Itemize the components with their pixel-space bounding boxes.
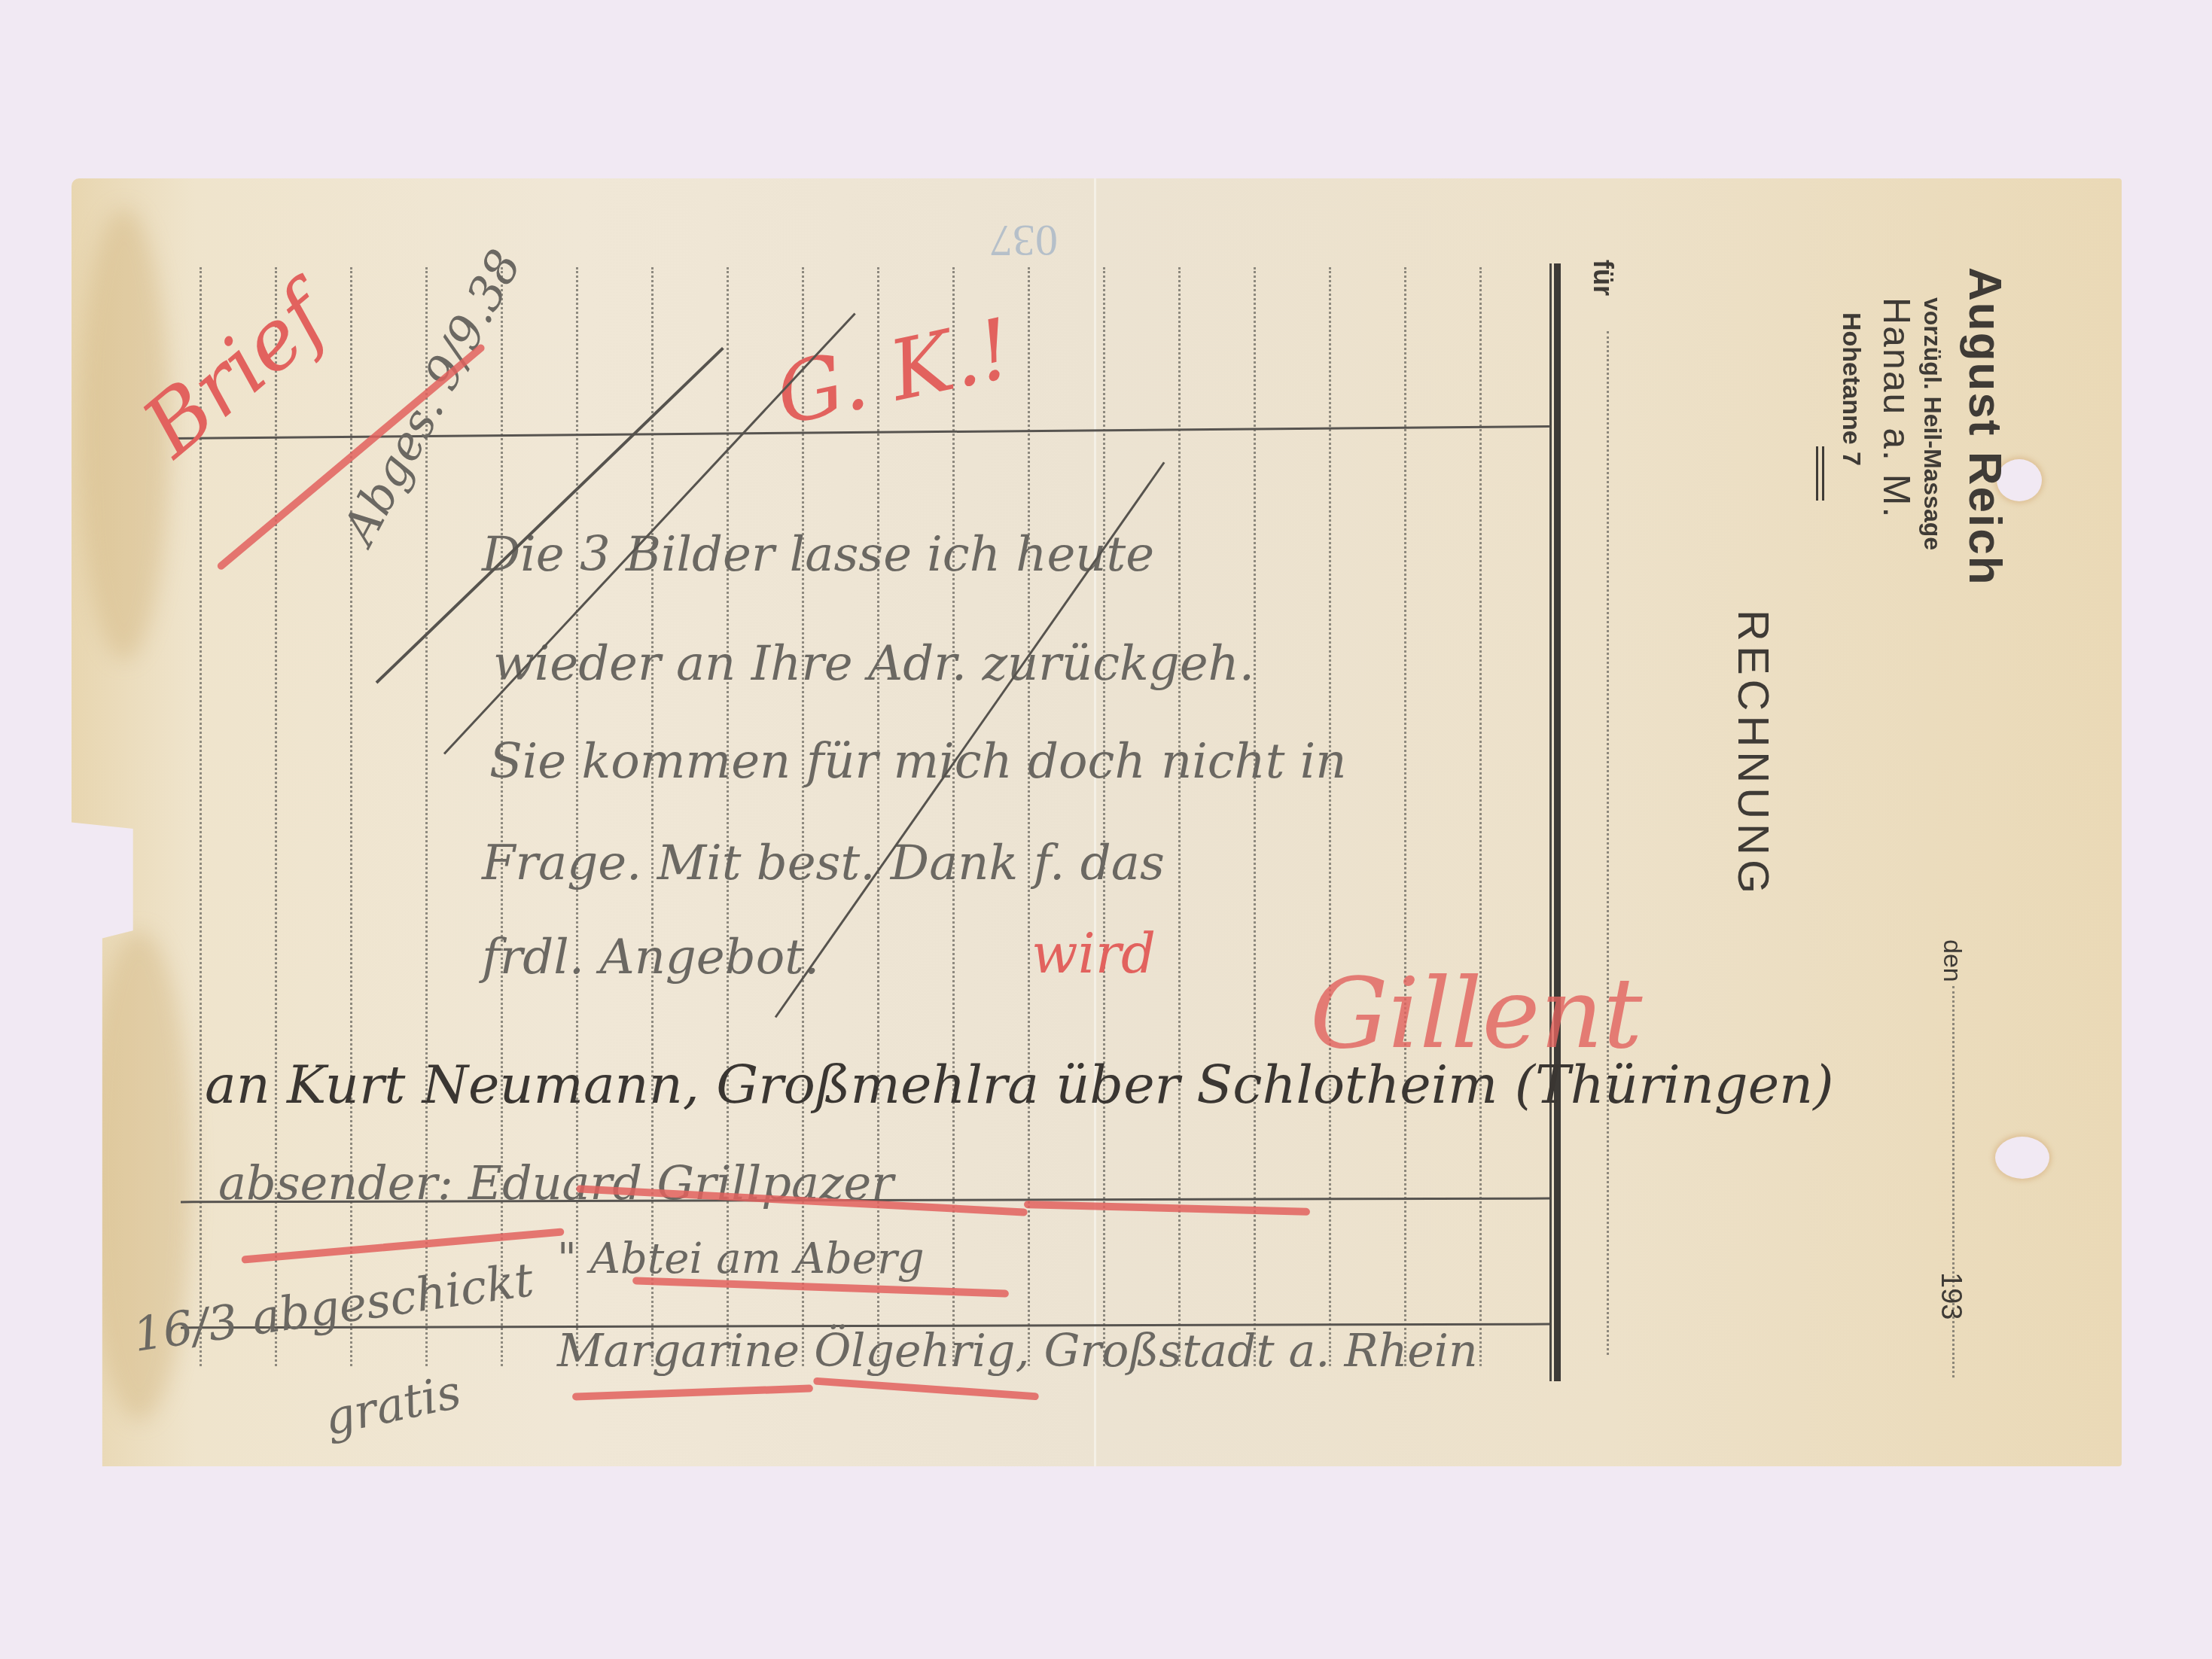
year-prefix: 193 (1934, 1272, 1967, 1320)
form-title: RECHNUNG (1728, 610, 1778, 898)
letterhead-underline (1816, 446, 1818, 501)
letter-line-2: wieder an Ihre Adr. zurückgeh. (493, 636, 1254, 692)
dotted-column (1404, 267, 1406, 1366)
punch-hole (1995, 1137, 2049, 1179)
letterhead-underline (1822, 446, 1824, 501)
pencil-sender-2: " Abtei am Aberg (557, 1234, 925, 1283)
for-label: für (1587, 260, 1619, 296)
letterhead-city: Hanau a. M. (1875, 297, 1918, 519)
letter-line-1: Die 3 Bilder lasse ich heute (482, 527, 1154, 583)
border-line-thin (1549, 263, 1552, 1381)
dotted-column (1479, 267, 1482, 1366)
dotted-column (1103, 267, 1105, 1366)
red-note-wird: wird (1031, 922, 1156, 985)
fuer-dotted-line (1607, 331, 1609, 1355)
dotted-column (1254, 267, 1256, 1366)
border-line-thick (1554, 263, 1561, 1381)
pencil-bottom-line: Margarine Ölgehrig, Großstadt a. Rhein (557, 1325, 1478, 1377)
paper-fold (1094, 178, 1096, 1466)
letterhead-name: August Reich (1958, 267, 2012, 586)
archive-stamp-number: 037 (990, 215, 1058, 266)
letterhead-street: Hohetanne 7 (1836, 312, 1866, 466)
dotted-column (1329, 267, 1331, 1366)
date-label: den (1937, 939, 1967, 982)
letter-line-3: Sie kommen für mich doch nicht in (489, 734, 1346, 790)
ink-address-line: an Kurt Neumann, Großmehlra über Schloth… (205, 1054, 1833, 1116)
letterhead-profession: vorzügl. Heil-Massage (1918, 297, 1946, 550)
letter-line-4: Frage. Mit best. Dank f. das (482, 836, 1165, 891)
letter-line-5: frdl. Angebot. (482, 930, 819, 985)
dotted-column (1178, 267, 1181, 1366)
